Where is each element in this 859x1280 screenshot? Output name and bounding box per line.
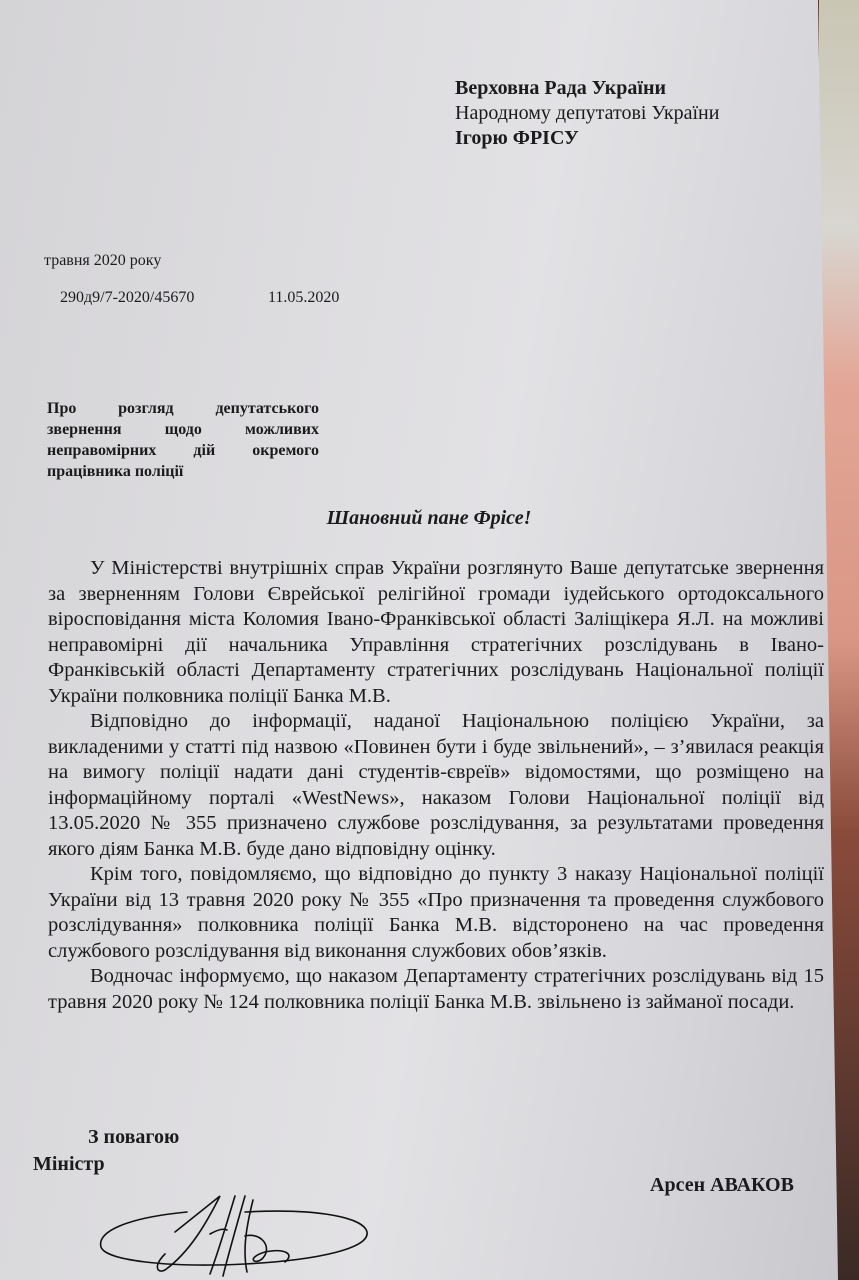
- signer-position: Міністр: [33, 1153, 105, 1176]
- paragraph: У Міністерстві внутрішніх справ України …: [48, 556, 824, 709]
- paragraph: Водночас інформуємо, що наказом Департам…: [48, 964, 824, 1015]
- addressee-org: Верховна Рада України: [455, 76, 719, 101]
- registration-date: 11.05.2020: [268, 289, 339, 307]
- addressee-role: Народному депутатові України: [455, 101, 719, 126]
- registration-number: 290д9/7-2020/45670: [60, 289, 194, 307]
- closing: З повагою: [88, 1126, 179, 1149]
- letter-subject: Про розгляд депутатського звернення щодо…: [47, 398, 319, 482]
- signer-name: Арсен АВАКОВ: [650, 1174, 794, 1197]
- paragraph: Крім того, повідомляємо, що відповідно д…: [48, 862, 824, 964]
- letter-date: травня 2020 року: [44, 252, 161, 270]
- signature-icon: [95, 1192, 375, 1280]
- greeting: Шановний пане Фрісе!: [0, 507, 838, 530]
- addressee-name: Ігорю ФРІСУ: [455, 126, 719, 151]
- addressee-block: Верховна Рада України Народному депутато…: [455, 76, 719, 151]
- paragraph: Відповідно до інформації, наданої Націон…: [48, 709, 824, 862]
- letter-page: Верховна Рада України Народному депутато…: [0, 0, 838, 1280]
- letter-body: У Міністерстві внутрішніх справ України …: [48, 556, 824, 1015]
